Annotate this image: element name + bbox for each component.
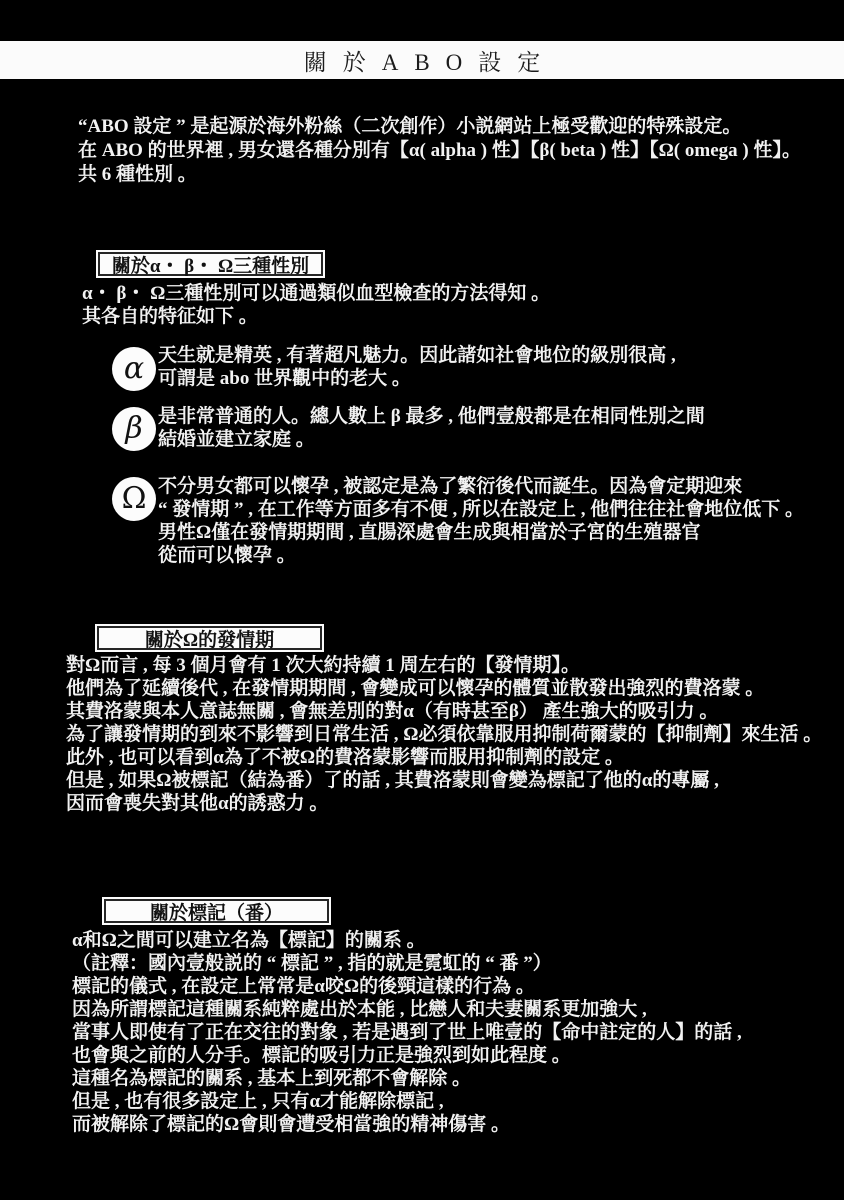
section-header-mark-label: 關於標記（番） <box>150 898 283 925</box>
omega-symbol: Ω <box>122 484 147 514</box>
omega-description: 不分男女都可以懷孕 , 被認定是為了繁衍後代而誕生。因為會定期迎來 “ 發情期 … <box>158 475 818 567</box>
section-header-heat: 關於Ω的發情期 <box>95 624 324 652</box>
section-header-genders: 關於α・ β・ Ω三種性別 <box>96 250 325 278</box>
beta-description: 是非常普通的人。總人數上 β 最多 , 他們壹般都是在相同性別之間 結婚並建立家… <box>158 405 808 451</box>
section-header-mark: 關於標記（番） <box>102 897 331 925</box>
title-bar: 關於ABO設定 <box>0 41 844 79</box>
genders-lead-paragraph: α・ β・ Ω三種性別可以通過類似血型檢查的方法得知 。 其各自的特征如下 。 <box>82 282 812 328</box>
alpha-symbol: α <box>124 354 144 384</box>
section-header-heat-label: 關於Ω的發情期 <box>145 625 274 652</box>
omega-icon: Ω <box>112 477 156 521</box>
mark-paragraph: α和Ω之間可以建立名為【標記】的關系 。 （註釋：國內壹般説的 “ 標記 ” ,… <box>72 929 832 1136</box>
beta-icon: β <box>112 407 156 451</box>
intro-paragraph: “ABO 設定 ” 是起源於海外粉絲（二次創作）小説網站上極受歡迎的特殊設定。 … <box>78 115 818 187</box>
heat-paragraph: 對Ω而言 , 每 3 個月會有 1 次大約持續 1 周左右的【發情期】。 他們為… <box>66 654 826 815</box>
page-title: 關於ABO設定 <box>288 44 557 77</box>
section-header-genders-label: 關於α・ β・ Ω三種性別 <box>112 251 309 278</box>
alpha-description: 天生就是精英 , 有著超凡魅力。因此諸如社會地位的級別很高 , 可謂是 abo … <box>158 344 808 390</box>
beta-symbol: β <box>125 414 142 444</box>
alpha-icon: α <box>112 347 156 391</box>
